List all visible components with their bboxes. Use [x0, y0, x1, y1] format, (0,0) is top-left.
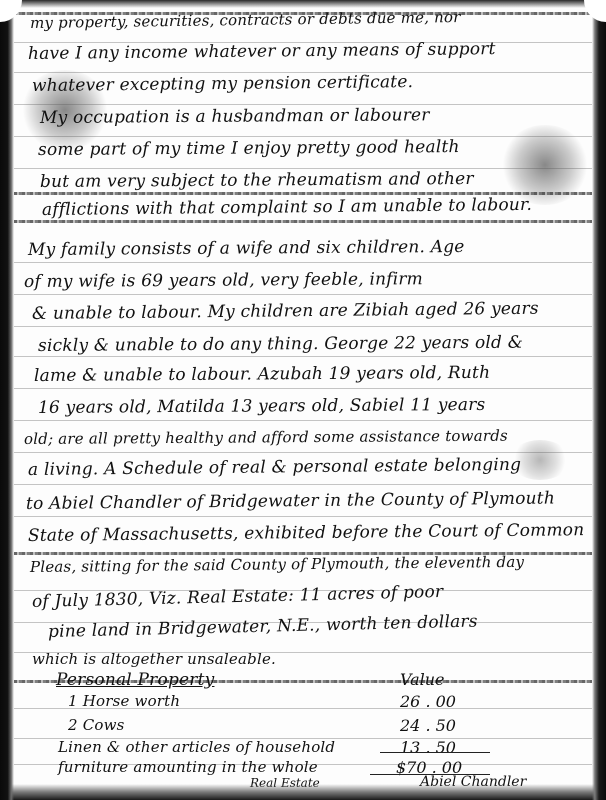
subtotal-underline [380, 752, 490, 753]
text-line: whatever excepting my pension certificat… [32, 72, 413, 96]
text-line: My occupation is a husbandman or laboure… [40, 105, 430, 128]
property-item-value: 26 . 00 [400, 692, 456, 711]
text-line: Pleas, sitting for the said County of Pl… [30, 553, 524, 576]
text-line: sickly & unable to do any thing. George … [38, 333, 523, 356]
text-line: but am very subject to the rheumatism an… [40, 169, 474, 192]
ruled-line [14, 220, 592, 223]
page-corner [584, 0, 606, 22]
ruled-line [14, 104, 592, 105]
property-item-label: Linen & other articles of household [58, 738, 335, 756]
page-corner [0, 0, 22, 22]
ruled-line [14, 326, 592, 327]
text-line: State of Massachusetts, exhibited before… [28, 520, 585, 546]
text-line: 16 years old, Matilda 13 years old, Sabi… [38, 395, 486, 418]
text-line: of July 1830, Viz. Real Estate: 11 acres… [32, 582, 444, 612]
ruled-line [14, 516, 592, 517]
ruled-line [14, 420, 592, 421]
text-line: old; are all pretty healthy and afford s… [24, 427, 508, 448]
ruled-line [14, 356, 592, 357]
ruled-line [14, 262, 592, 263]
scan-edge-left [0, 0, 14, 800]
value-column-header: Value [400, 670, 445, 689]
property-item-value: 24 . 50 [400, 716, 456, 735]
text-line: some part of my time I enjoy pretty good… [38, 137, 460, 160]
text-line: which is altogether unsaleable. [32, 650, 276, 668]
text-line: to Abiel Chandler of Bridgewater in the … [26, 488, 555, 514]
ruled-line [14, 294, 592, 295]
property-item-label: 1 Horse worth [68, 692, 180, 710]
scan-edge-right [592, 0, 606, 800]
text-line: & unable to labour. My children are Zibi… [32, 299, 539, 324]
scanned-document-page: my property, securities, contracts or de… [0, 0, 606, 800]
ruled-line [14, 484, 592, 485]
text-line: My family consists of a wife and six chi… [28, 237, 465, 260]
text-line: pine land in Bridgewater, N.E., worth te… [48, 612, 478, 642]
text-line: of my wife is 69 years old, very feeble,… [24, 269, 423, 292]
personal-property-heading: Personal Property [56, 670, 214, 690]
ruled-line [14, 168, 592, 169]
text-line: lame & unable to labour. Azubah 19 years… [34, 363, 490, 386]
ruled-line [14, 136, 592, 137]
text-line: afflictions with that complaint so I am … [42, 195, 532, 220]
scan-edge-bottom [0, 784, 606, 800]
ruled-line [14, 452, 592, 453]
scan-edge-top [0, 0, 606, 8]
property-item-value: 13 . 50 [400, 738, 456, 757]
property-item-label: furniture amounting in the whole [58, 758, 318, 776]
property-item-label: 2 Cows [68, 716, 125, 734]
ruled-line [14, 388, 592, 389]
text-line: a living. A Schedule of real & personal … [28, 455, 521, 480]
text-line: have I any income whatever or any means … [28, 39, 496, 64]
